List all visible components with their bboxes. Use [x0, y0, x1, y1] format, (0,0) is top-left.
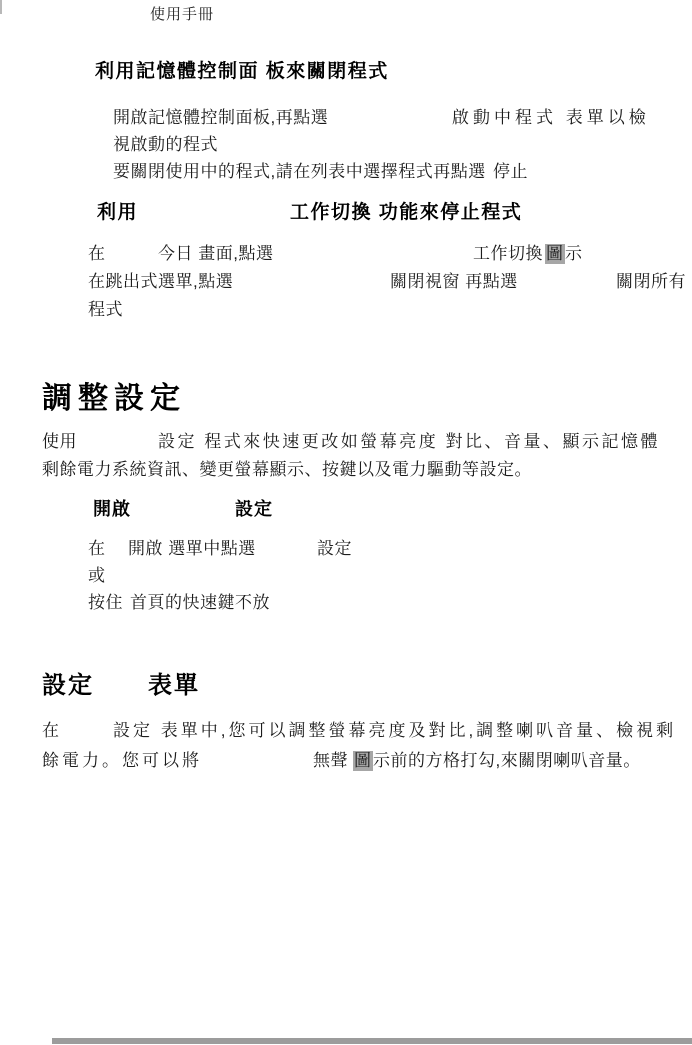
page-edge-mark [0, 0, 2, 14]
section4-heading-form: 表單 [148, 672, 200, 700]
body-text: 視啟動的程式 [113, 135, 218, 155]
page-header-title: 使用手冊 [150, 6, 214, 23]
section4-heading-settings: 設定 [42, 672, 94, 700]
body-text: 首頁的快速鍵不放 [130, 593, 270, 613]
section2-heading-prefix: 利用 [97, 202, 138, 224]
body-text-term: 設定 表單中,您可以調整螢幕亮度及對比,調整喇叭音量、檢視剩 [113, 721, 676, 741]
body-text: 在 [88, 244, 106, 264]
manual-page: 使用手冊 利用記憶體控制面 板來關閉程式 開啟記憶體控制面板,再點選 啟動中程式… [0, 0, 692, 1045]
body-text-term: 關閉視窗 再點選 [390, 272, 518, 292]
body-text-term: 啟動中程式 表單以檢 [452, 108, 650, 128]
subsection-heading-settings: 設定 [235, 499, 273, 520]
footer-rule [52, 1038, 692, 1044]
icon-placeholder-box: 圖 [545, 244, 565, 264]
body-text: 使用 [42, 432, 77, 452]
body-text: 在 [88, 539, 106, 559]
body-text-term: 工作切換 [473, 244, 543, 264]
body-text: 要關閉使用中的程式,請在列表中選擇程式再點選 [113, 162, 486, 182]
body-text-term: 開啟 選單中點選 [128, 539, 256, 559]
body-text-term: 設定 程式來快速更改如螢幕亮度 對比、音量、顯示記憶體 [158, 432, 660, 452]
body-text: 或 [88, 566, 106, 586]
body-text: 程式 [88, 300, 123, 320]
body-text-term: 無聲 [313, 751, 348, 771]
highlighted-glyph-icon: 圖 [545, 244, 565, 264]
body-text: 在跳出式選單,點選 [88, 272, 233, 292]
section1-heading: 利用記憶體控制面 板來關閉程式 [95, 61, 389, 83]
icon-placeholder-box: 圖 [353, 751, 373, 771]
body-text: 餘電力。您可以將 [42, 751, 202, 771]
body-text-term: 停止 [493, 162, 528, 182]
body-text-term: 設定 [317, 539, 352, 559]
subsection-heading-open: 開啟 [93, 499, 131, 520]
body-text: 在 [42, 721, 60, 741]
body-text-term: 關閉所有 [616, 272, 686, 292]
body-text: 開啟記憶體控制面板,再點選 [113, 108, 328, 128]
body-text: 按住 [88, 593, 123, 613]
body-text-term: 今日 畫面,點選 [158, 244, 273, 264]
chapter-heading: 調整設定 [42, 382, 186, 417]
section2-heading-main: 工作切換 功能來停止程式 [290, 202, 522, 224]
body-text: 剩餘電力系統資訊、變更螢幕顯示、按鍵以及電力驅動等設定。 [42, 460, 532, 480]
body-text: 示前的方格打勾,來關閉喇叭音量。 [373, 751, 641, 771]
body-text: 示 [565, 244, 583, 264]
highlighted-glyph-icon: 圖 [353, 751, 373, 771]
